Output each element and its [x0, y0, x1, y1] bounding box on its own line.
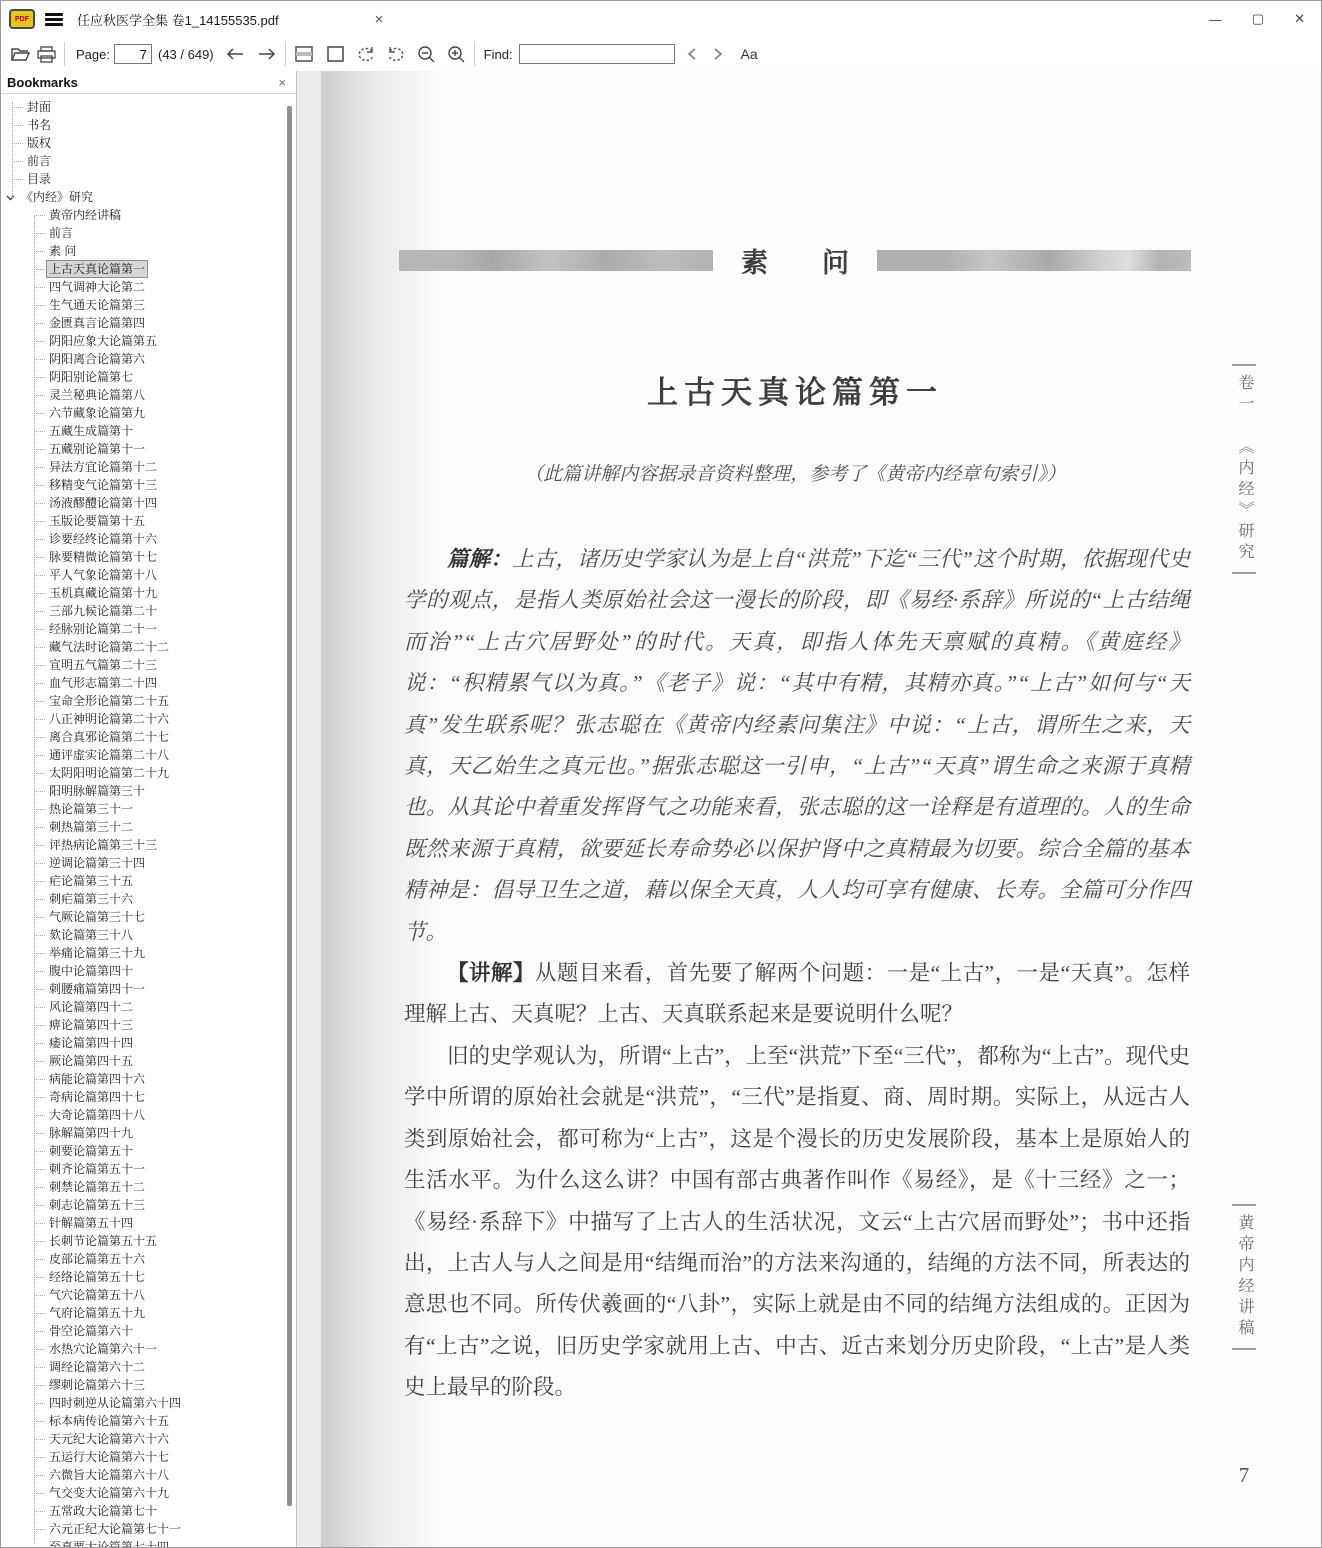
pdf-app-icon: PDF	[9, 9, 35, 29]
tree-connector	[34, 791, 45, 792]
tree-connector	[34, 665, 45, 666]
tree-guide	[12, 102, 13, 198]
toolbar-separator	[64, 42, 65, 66]
tree-connector	[34, 683, 45, 684]
bookmark-item[interactable]: 阴阳应象大论篇第五	[1, 332, 296, 350]
bookmark-label: 黄帝内经讲稿	[47, 207, 123, 223]
body-paragraph: 旧的史学观认为，所谓“上古”，上至“洪荒”下至“三代”，都称为“上古”。现代史学…	[404, 1036, 1190, 1409]
tree-connector	[34, 1259, 45, 1260]
bookmark-label: 目录	[25, 171, 53, 187]
bookmark-item[interactable]: 书名	[1, 116, 296, 134]
bookmark-label: 腹中论篇第四十	[47, 963, 135, 979]
rotate-cw-icon[interactable]	[383, 41, 409, 67]
tree-connector	[34, 845, 45, 846]
bookmark-item[interactable]: 举痛论篇第三十九	[1, 944, 296, 962]
tree-connector	[34, 305, 45, 306]
bookmark-item[interactable]: 阴阳别论篇第七	[1, 368, 296, 386]
margin-dash	[1232, 1204, 1256, 1206]
bookmark-item[interactable]: 刺疟篇第三十六	[1, 890, 296, 908]
tab-title: 任应秋医学全集 卷1_14155535.pdf	[77, 10, 279, 29]
toolbar-separator	[474, 42, 475, 66]
tree-connector	[34, 1475, 45, 1476]
bookmark-item[interactable]: 针解篇第五十四	[1, 1214, 296, 1232]
bookmark-label: 阴阳别论篇第七	[47, 369, 135, 385]
paragraph-lead: 篇解：	[447, 547, 512, 571]
bookmark-label: 脉要精微论篇第十七	[47, 549, 159, 565]
bookmarks-scrollbar[interactable]	[287, 106, 292, 1506]
bookmark-label: 水热穴论篇第六十一	[47, 1341, 159, 1357]
tree-connector	[34, 377, 45, 378]
margin-book-text: 黄帝内经讲稿	[1236, 1214, 1252, 1340]
bookmark-item[interactable]: 八正神明论篇第二十六	[1, 710, 296, 728]
bookmark-label: 欬论篇第三十八	[47, 927, 135, 943]
tree-connector	[34, 1007, 45, 1008]
tree-connector	[34, 359, 45, 360]
bookmark-label: 诊要经终论篇第十六	[47, 531, 159, 547]
bookmark-item[interactable]: 调经论篇第六十二	[1, 1358, 296, 1376]
bookmark-item[interactable]: 阴阳离合论篇第六	[1, 350, 296, 368]
tree-connector	[34, 755, 45, 756]
tree-connector	[34, 899, 45, 900]
bookmark-label: 逆调论篇第三十四	[47, 855, 147, 871]
tree-connector	[34, 1151, 45, 1152]
tree-guide	[34, 216, 35, 1544]
tree-connector	[34, 233, 45, 234]
bookmark-item[interactable]: 版权	[1, 134, 296, 152]
body-paragraph: 篇解：上古，诸历史学家认为是上自“洪荒”下迄“三代”这个时期，依据现代史学的观点…	[404, 539, 1190, 953]
zoom-in-icon[interactable]	[443, 41, 469, 67]
bookmark-label: 六节藏象论篇第九	[47, 405, 147, 421]
header-scan-bar-right	[877, 250, 1191, 271]
find-label: Find:	[484, 47, 513, 62]
bookmark-item[interactable]: 骨空论篇第六十	[1, 1322, 296, 1340]
chevron-down-icon[interactable]	[5, 192, 16, 203]
tree-connector	[34, 575, 45, 576]
tree-connector	[34, 971, 45, 972]
bookmark-item[interactable]: 生气通天论篇第三	[1, 296, 296, 314]
bookmark-item[interactable]: 汤液醪醴论篇第十四	[1, 494, 296, 512]
tree-connector	[34, 251, 45, 252]
tree-connector	[34, 1295, 45, 1296]
tree-connector	[34, 1079, 45, 1080]
bookmark-item[interactable]: 三部九候论篇第二十	[1, 602, 296, 620]
tree-connector	[12, 143, 23, 144]
match-case-toggle[interactable]: Aa	[741, 46, 758, 62]
bookmark-label: 五藏生成篇第十	[47, 423, 135, 439]
zoom-out-icon[interactable]	[413, 41, 439, 67]
bookmark-item[interactable]: 平人气象论篇第十八	[1, 566, 296, 584]
document-area: 素 问 上古天真论篇第一 （此篇讲解内容据录音资料整理，参考了《黄帝内经章句索引…	[297, 71, 1321, 1547]
tree-connector	[34, 503, 45, 504]
bookmark-item[interactable]: 五藏生成篇第十	[1, 422, 296, 440]
next-page-icon[interactable]	[254, 41, 280, 67]
bookmark-label: 素 问	[47, 243, 78, 259]
bookmark-item[interactable]: 通评虚实论篇第二十八	[1, 746, 296, 764]
tree-connector	[34, 809, 45, 810]
bookmark-item[interactable]: 脉要精微论篇第十七	[1, 548, 296, 566]
tree-connector	[34, 1457, 45, 1458]
bookmark-item[interactable]: 风论篇第四十二	[1, 998, 296, 1016]
tree-connector	[34, 449, 45, 450]
bookmark-label: 平人气象论篇第十八	[47, 567, 159, 583]
tree-connector	[34, 1043, 45, 1044]
bookmark-label: 阳明脉解篇第三十	[47, 783, 147, 799]
margin-dash	[1232, 572, 1256, 574]
bookmark-label: 骨空论篇第六十	[47, 1323, 135, 1339]
bookmark-label: 刺禁论篇第五十二	[47, 1179, 147, 1195]
bookmark-item[interactable]: 前言	[1, 152, 296, 170]
page-number-input[interactable]	[114, 44, 152, 64]
bookmark-item[interactable]: 标本病传论篇第六十五	[1, 1412, 296, 1430]
bookmark-item[interactable]: 刺禁论篇第五十二	[1, 1178, 296, 1196]
maximize-icon[interactable]: ▢	[1252, 11, 1264, 27]
bookmark-label: 评热病论篇第三十三	[47, 837, 159, 853]
tree-connector	[34, 485, 45, 486]
bookmark-item[interactable]: 黄帝内经讲稿	[1, 206, 296, 224]
tree-connector	[34, 1511, 45, 1512]
bookmark-label: 五常政大论篇第七十	[47, 1503, 159, 1519]
bookmark-label: 皮部论篇第五十六	[47, 1251, 147, 1267]
bookmark-item[interactable]: 欬论篇第三十八	[1, 926, 296, 944]
tree-connector	[34, 917, 45, 918]
bookmark-label: 阴阳应象大论篇第五	[47, 333, 159, 349]
bookmark-label: 宣明五气篇第二十三	[47, 657, 159, 673]
bookmark-label: 玉机真藏论篇第十九	[47, 585, 159, 601]
bookmark-item[interactable]: 离合真邪论篇第二十七	[1, 728, 296, 746]
toolbar-separator	[285, 42, 286, 66]
page-count: (43 / 649)	[158, 47, 214, 62]
bookmark-item[interactable]: 五常政大论篇第七十	[1, 1502, 296, 1520]
tree-connector	[34, 881, 45, 882]
tree-connector	[34, 1403, 45, 1404]
bookmark-item[interactable]: 气厥论篇第三十七	[1, 908, 296, 926]
tree-connector	[34, 989, 45, 990]
bookmark-label: 病能论篇第四十六	[47, 1071, 147, 1087]
bookmark-group-neijing[interactable]: 《内经》研究	[1, 188, 296, 206]
bookmark-label: 五运行大论篇第六十七	[47, 1449, 171, 1465]
bookmark-item[interactable]: 太阴阳明论篇第二十九	[1, 764, 296, 782]
tree-connector	[34, 269, 45, 270]
bookmark-label: 版权	[25, 135, 53, 151]
bookmark-label: 五藏别论篇第十一	[47, 441, 147, 457]
bookmark-item[interactable]: 六节藏象论篇第九	[1, 404, 296, 422]
bookmark-label: 移精变气论篇第十三	[47, 477, 159, 493]
bookmark-label: 四气调神大论第二	[47, 279, 147, 295]
section-header-label: 素 问	[741, 241, 849, 280]
tree-connector	[34, 1277, 45, 1278]
bookmark-label: 疟论篇第三十五	[47, 873, 135, 889]
bookmark-label: 脉解篇第四十九	[47, 1125, 135, 1141]
tree-connector	[34, 341, 45, 342]
tree-connector	[34, 1241, 45, 1242]
margin-series-text: 《内经》研究	[1236, 438, 1252, 564]
bookmark-label: 六元正纪大论篇第七十一	[47, 1521, 183, 1537]
bookmarks-panel: Bookmarks × 封面书名版权前言目录 《内经》研究 黄帝内经讲稿前言素 …	[1, 71, 297, 1547]
bookmark-label: 风论篇第四十二	[47, 999, 135, 1015]
tree-connector	[34, 611, 45, 612]
find-previous-icon[interactable]	[679, 41, 705, 67]
tree-connector	[34, 1421, 45, 1422]
margin-label-book: 黄帝内经讲稿	[1226, 1196, 1262, 1358]
margin-dash	[1232, 1348, 1256, 1350]
bookmark-label: 气府论篇第五十九	[47, 1305, 147, 1321]
bookmark-label: 刺腰痛篇第四十一	[47, 981, 147, 997]
tree-connector	[34, 467, 45, 468]
bookmark-label: 宝命全形论篇第二十五	[47, 693, 171, 709]
tree-connector	[34, 215, 45, 216]
tree-connector	[34, 1493, 45, 1494]
bookmark-item[interactable]: 刺齐论篇第五十一	[1, 1160, 296, 1178]
bookmark-label: 痹论篇第四十三	[47, 1017, 135, 1033]
bookmark-label: 阴阳离合论篇第六	[47, 351, 147, 367]
bookmark-item[interactable]: 痿论篇第四十四	[1, 1034, 296, 1052]
tree-connector	[34, 1331, 45, 1332]
bookmark-item[interactable]: 移精变气论篇第十三	[1, 476, 296, 494]
tree-connector	[34, 1529, 45, 1530]
window-controls: — ▢ ✕	[1209, 11, 1321, 27]
bookmark-item[interactable]: 刺要论篇第五十	[1, 1142, 296, 1160]
tree-connector	[34, 1385, 45, 1386]
bookmark-label: 缪刺论篇第六十三	[47, 1377, 147, 1393]
tree-connector	[12, 161, 23, 162]
previous-page-icon[interactable]	[222, 41, 248, 67]
tree-connector	[34, 1367, 45, 1368]
tree-connector	[34, 647, 45, 648]
bookmark-label: 刺热篇第三十二	[47, 819, 135, 835]
bookmark-item[interactable]: 热论篇第三十一	[1, 800, 296, 818]
bookmark-label: 汤液醪醴论篇第十四	[47, 495, 159, 511]
bookmark-item[interactable]: 诊要经终论篇第十六	[1, 530, 296, 548]
bookmark-label: 刺志论篇第五十三	[47, 1197, 147, 1213]
bookmark-label: 天元纪大论篇第六十六	[47, 1431, 171, 1447]
bookmarks-children: 黄帝内经讲稿前言素 问上古天真论篇第一四气调神大论第二生气通天论篇第三金匮真言论…	[1, 206, 296, 1548]
bookmark-label: 经脉别论篇第二十一	[47, 621, 159, 637]
bookmark-item[interactable]: 病能论篇第四十六	[1, 1070, 296, 1088]
bookmark-item[interactable]: 玉机真藏论篇第十九	[1, 584, 296, 602]
fit-width-icon[interactable]	[291, 41, 317, 67]
bookmark-label: 藏气法时论篇第二十二	[47, 639, 171, 655]
bookmark-item[interactable]: 四时刺逆从论篇第六十四	[1, 1394, 296, 1412]
tree-connector	[34, 1439, 45, 1440]
page-number: 7	[1226, 1463, 1262, 1488]
bookmark-label: 长刺节论篇第五十五	[47, 1233, 159, 1249]
tree-connector	[34, 1061, 45, 1062]
bookmark-item[interactable]: 宣明五气篇第二十三	[1, 656, 296, 674]
bookmark-label: 玉版论要篇第十五	[47, 513, 147, 529]
bookmark-label: 金匮真言论篇第四	[47, 315, 147, 331]
bookmark-item[interactable]: 气交变大论篇第六十九	[1, 1484, 296, 1502]
bookmarks-title: Bookmarks	[7, 75, 78, 90]
bookmark-item[interactable]: 玉版论要篇第十五	[1, 512, 296, 530]
bookmark-item[interactable]: 阳明脉解篇第三十	[1, 782, 296, 800]
find-input[interactable]	[519, 44, 675, 64]
bookmark-item[interactable]: 大奇论篇第四十八	[1, 1106, 296, 1124]
bookmark-item[interactable]: 气府论篇第五十九	[1, 1304, 296, 1322]
tree-connector	[34, 953, 45, 954]
bookmark-item[interactable]: 六微旨大论篇第六十八	[1, 1466, 296, 1484]
bookmark-label: 灵兰秘典论篇第八	[47, 387, 147, 403]
bookmark-label: 前言	[25, 153, 53, 169]
tree-connector	[34, 935, 45, 936]
bookmark-item[interactable]: 逆调论篇第三十四	[1, 854, 296, 872]
bookmark-item[interactable]: 水热穴论篇第六十一	[1, 1340, 296, 1358]
bookmark-label: 至真要大论篇第七十四	[47, 1539, 171, 1548]
bookmark-item[interactable]: 六元正纪大论篇第七十一	[1, 1520, 296, 1538]
margin-label-volume: 卷一 《内经》研究	[1226, 356, 1262, 582]
bookmark-item[interactable]: 宝命全形论篇第二十五	[1, 692, 296, 710]
tab-close-icon[interactable]: ×	[375, 11, 384, 28]
rotate-ccw-icon[interactable]	[353, 41, 379, 67]
bookmark-label: 气厥论篇第三十七	[47, 909, 147, 925]
bookmark-item[interactable]: 目录	[1, 170, 296, 188]
bookmark-label: 举痛论篇第三十九	[47, 945, 147, 961]
toolbar: Page: (43 / 649) Find:	[1, 37, 1321, 72]
bookmark-label: 气交变大论篇第六十九	[47, 1485, 171, 1501]
tree-connector	[34, 1169, 45, 1170]
bookmark-label: 三部九候论篇第二十	[47, 603, 159, 619]
bookmark-item[interactable]: 金匮真言论篇第四	[1, 314, 296, 332]
margin-dash	[1232, 364, 1256, 366]
tree-connector	[34, 1133, 45, 1134]
bookmark-item[interactable]: 素 问	[1, 242, 296, 260]
bookmark-label: 八正神明论篇第二十六	[47, 711, 171, 727]
bookmark-item[interactable]: 刺志论篇第五十三	[1, 1196, 296, 1214]
bookmark-item[interactable]: 皮部论篇第五十六	[1, 1250, 296, 1268]
bookmarks-tree: 封面书名版权前言目录 《内经》研究 黄帝内经讲稿前言素 问上古天真论篇第一四气调…	[1, 94, 296, 1548]
menu-icon[interactable]	[45, 13, 63, 26]
bookmark-label: 离合真邪论篇第二十七	[47, 729, 171, 745]
tab-bar: PDF 任应秋医学全集 卷1_14155535.pdf × — ▢ ✕	[1, 1, 1321, 37]
tree-connector	[34, 1097, 45, 1098]
bookmark-item[interactable]: 刺腰痛篇第四十一	[1, 980, 296, 998]
bookmark-item[interactable]: 疟论篇第三十五	[1, 872, 296, 890]
bookmark-item[interactable]: 奇病论篇第四十七	[1, 1088, 296, 1106]
bookmark-label: 血气形志篇第二十四	[47, 675, 159, 691]
bookmark-item[interactable]: 上古天真论篇第一	[1, 260, 296, 278]
window-close-icon[interactable]: ✕	[1294, 11, 1305, 27]
print-icon[interactable]	[33, 41, 59, 67]
tree-connector	[34, 431, 45, 432]
bookmark-item[interactable]: 灵兰秘典论篇第八	[1, 386, 296, 404]
pdf-page: 素 问 上古天真论篇第一 （此篇讲解内容据录音资料整理，参考了《黄帝内经章句索引…	[321, 71, 1322, 1547]
bookmarks-close-icon[interactable]: ×	[278, 75, 286, 90]
bookmark-label: 刺疟篇第三十六	[47, 891, 135, 907]
bookmark-item[interactable]: 刺热篇第三十二	[1, 818, 296, 836]
bookmark-label: 生气通天论篇第三	[47, 297, 147, 313]
tree-connector	[34, 323, 45, 324]
open-file-icon[interactable]	[7, 41, 33, 67]
tree-connector	[34, 1547, 45, 1548]
tree-connector	[34, 395, 45, 396]
bookmark-label: 奇病论篇第四十七	[47, 1089, 147, 1105]
bookmark-item[interactable]: 气穴论篇第五十八	[1, 1286, 296, 1304]
bookmark-label: 刺齐论篇第五十一	[47, 1161, 147, 1177]
bookmark-item[interactable]: 前言	[1, 224, 296, 242]
tree-connector	[34, 719, 45, 720]
tree-connector	[34, 1223, 45, 1224]
chapter-title: 上古天真论篇第一	[399, 367, 1191, 412]
tree-connector	[34, 1313, 45, 1314]
chapter-subtitle: （此篇讲解内容据录音资料整理，参考了《黄帝内经章句索引》）	[399, 459, 1191, 486]
bookmark-label: 通评虚实论篇第二十八	[47, 747, 171, 763]
bookmark-label: 气穴论篇第五十八	[47, 1287, 147, 1303]
bookmark-item[interactable]: 四气调神大论第二	[1, 278, 296, 296]
bookmark-label: 前言	[47, 225, 75, 241]
body-paragraph: 【讲解】从题目来看，首先要了解两个问题：一是“上古”，一是“天真”。怎样理解上古…	[404, 953, 1190, 1036]
bookmark-item[interactable]: 经脉别论篇第二十一	[1, 620, 296, 638]
bookmark-label: 书名	[25, 117, 53, 133]
bookmark-item[interactable]: 五运行大论篇第六十七	[1, 1448, 296, 1466]
bookmark-label: 热论篇第三十一	[47, 801, 135, 817]
margin-volume-text: 卷一	[1236, 374, 1252, 416]
header-scan-bar-left	[399, 250, 713, 271]
fit-page-icon[interactable]	[323, 41, 349, 67]
bookmark-item[interactable]: 评热病论篇第三十三	[1, 836, 296, 854]
bookmark-item[interactable]: 痹论篇第四十三	[1, 1016, 296, 1034]
bookmarks-header: Bookmarks ×	[1, 71, 296, 94]
tree-connector	[12, 125, 23, 126]
tree-connector	[34, 521, 45, 522]
bookmark-label: 四时刺逆从论篇第六十四	[47, 1395, 183, 1411]
pdf-reader-window: PDF 任应秋医学全集 卷1_14155535.pdf × — ▢ ✕ Page…	[0, 0, 1322, 1548]
bookmark-item[interactable]: 天元纪大论篇第六十六	[1, 1430, 296, 1448]
tree-connector	[12, 179, 23, 180]
bookmark-label: 大奇论篇第四十八	[47, 1107, 147, 1123]
tree-connector	[34, 1025, 45, 1026]
bookmark-item[interactable]: 经络论篇第五十七	[1, 1268, 296, 1286]
tree-connector	[34, 1205, 45, 1206]
tree-connector	[34, 629, 45, 630]
bookmark-item[interactable]: 异法方宜论篇第十二	[1, 458, 296, 476]
tree-connector	[34, 413, 45, 414]
paragraph-lead: 【讲解】	[447, 961, 535, 985]
bookmark-item[interactable]: 血气形志篇第二十四	[1, 674, 296, 692]
bookmark-label: 上古天真论篇第一	[47, 261, 147, 277]
bookmarks-root-items: 封面书名版权前言目录	[1, 98, 296, 188]
tree-connector	[34, 287, 45, 288]
bookmark-label: 痿论篇第四十四	[47, 1035, 135, 1051]
bookmark-item[interactable]: 厥论篇第四十五	[1, 1052, 296, 1070]
tree-connector	[34, 1115, 45, 1116]
bookmark-item[interactable]: 缪刺论篇第六十三	[1, 1376, 296, 1394]
bookmark-item[interactable]: 长刺节论篇第五十五	[1, 1232, 296, 1250]
bookmark-item[interactable]: 藏气法时论篇第二十二	[1, 638, 296, 656]
bookmark-label: 针解篇第五十四	[47, 1215, 135, 1231]
page-label: Page:	[76, 47, 110, 62]
tree-connector	[34, 593, 45, 594]
section-header: 素 问	[399, 241, 1191, 280]
bookmark-item[interactable]: 至真要大论篇第七十四	[1, 1538, 296, 1548]
bookmark-label: 刺要论篇第五十	[47, 1143, 135, 1159]
tree-connector	[34, 737, 45, 738]
bookmark-item[interactable]: 脉解篇第四十九	[1, 1124, 296, 1142]
tree-connector	[34, 1187, 45, 1188]
tree-connector	[34, 827, 45, 828]
find-next-icon[interactable]	[705, 41, 731, 67]
page-body: 篇解：上古，诸历史学家认为是上自“洪荒”下迄“三代”这个时期，依据现代史学的观点…	[404, 539, 1190, 1409]
bookmark-label: 标本病传论篇第六十五	[47, 1413, 171, 1429]
tree-connector	[34, 773, 45, 774]
tree-connector	[12, 107, 23, 108]
bookmark-label: 经络论篇第五十七	[47, 1269, 147, 1285]
bookmark-item[interactable]: 封面	[1, 98, 296, 116]
minimize-icon[interactable]: —	[1209, 12, 1222, 27]
bookmark-item[interactable]: 五藏别论篇第十一	[1, 440, 296, 458]
bookmark-item[interactable]: 腹中论篇第四十	[1, 962, 296, 980]
tree-connector	[34, 701, 45, 702]
bookmark-group-label: 《内经》研究	[19, 189, 95, 205]
tree-connector	[34, 557, 45, 558]
